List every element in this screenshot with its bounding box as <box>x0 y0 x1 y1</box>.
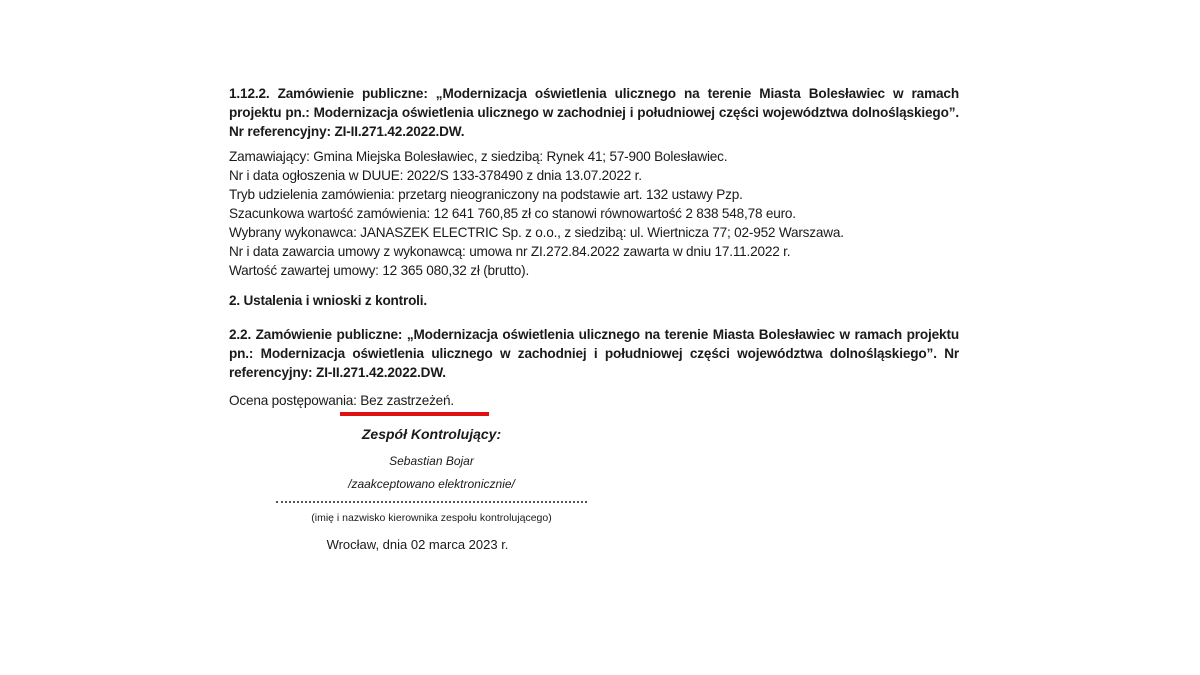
detail-notice-number: Nr i data ogłoszenia w DUUE: 2022/S 133-… <box>229 166 642 185</box>
team-title: Zespół Kontrolujący: <box>276 426 587 442</box>
signature-status: /zaakceptowano elektronicznie/ <box>276 477 587 491</box>
red-highlight-underline <box>340 412 489 416</box>
detail-contract-number: Nr i data zawarcia umowy z wykonawcą: um… <box>229 242 790 261</box>
signer-name: Sebastian Bojar <box>276 454 587 468</box>
detail-contracting-authority: Zamawiający: Gmina Miejska Bolesławiec, … <box>229 147 727 166</box>
detail-selected-contractor: Wybrany wykonawca: JANASZEK ELECTRIC Sp.… <box>229 223 844 242</box>
procurement-heading-1-12-2: 1.12.2. Zamówienie publiczne: „Moderniza… <box>229 84 959 141</box>
assessment-text: Ocena postępowania: Bez zastrzeżeń. <box>229 391 454 410</box>
section-2-heading: 2. Ustalenia i wnioski z kontroli. <box>229 291 427 310</box>
detail-estimated-value: Szacunkowa wartość zamówienia: 12 641 76… <box>229 204 796 223</box>
signature-caption: (imię i nazwisko kierownika zespołu kont… <box>276 512 587 524</box>
procurement-heading-2-2: 2.2. Zamówienie publiczne: „Modernizacja… <box>229 325 959 382</box>
place-and-date: Wrocław, dnia 02 marca 2023 r. <box>262 537 573 552</box>
detail-procedure-mode: Tryb udzielenia zamówienia: przetarg nie… <box>229 185 743 204</box>
detail-contract-value: Wartość zawartej umowy: 12 365 080,32 zł… <box>229 261 529 280</box>
signature-dotted-line <box>276 501 587 503</box>
